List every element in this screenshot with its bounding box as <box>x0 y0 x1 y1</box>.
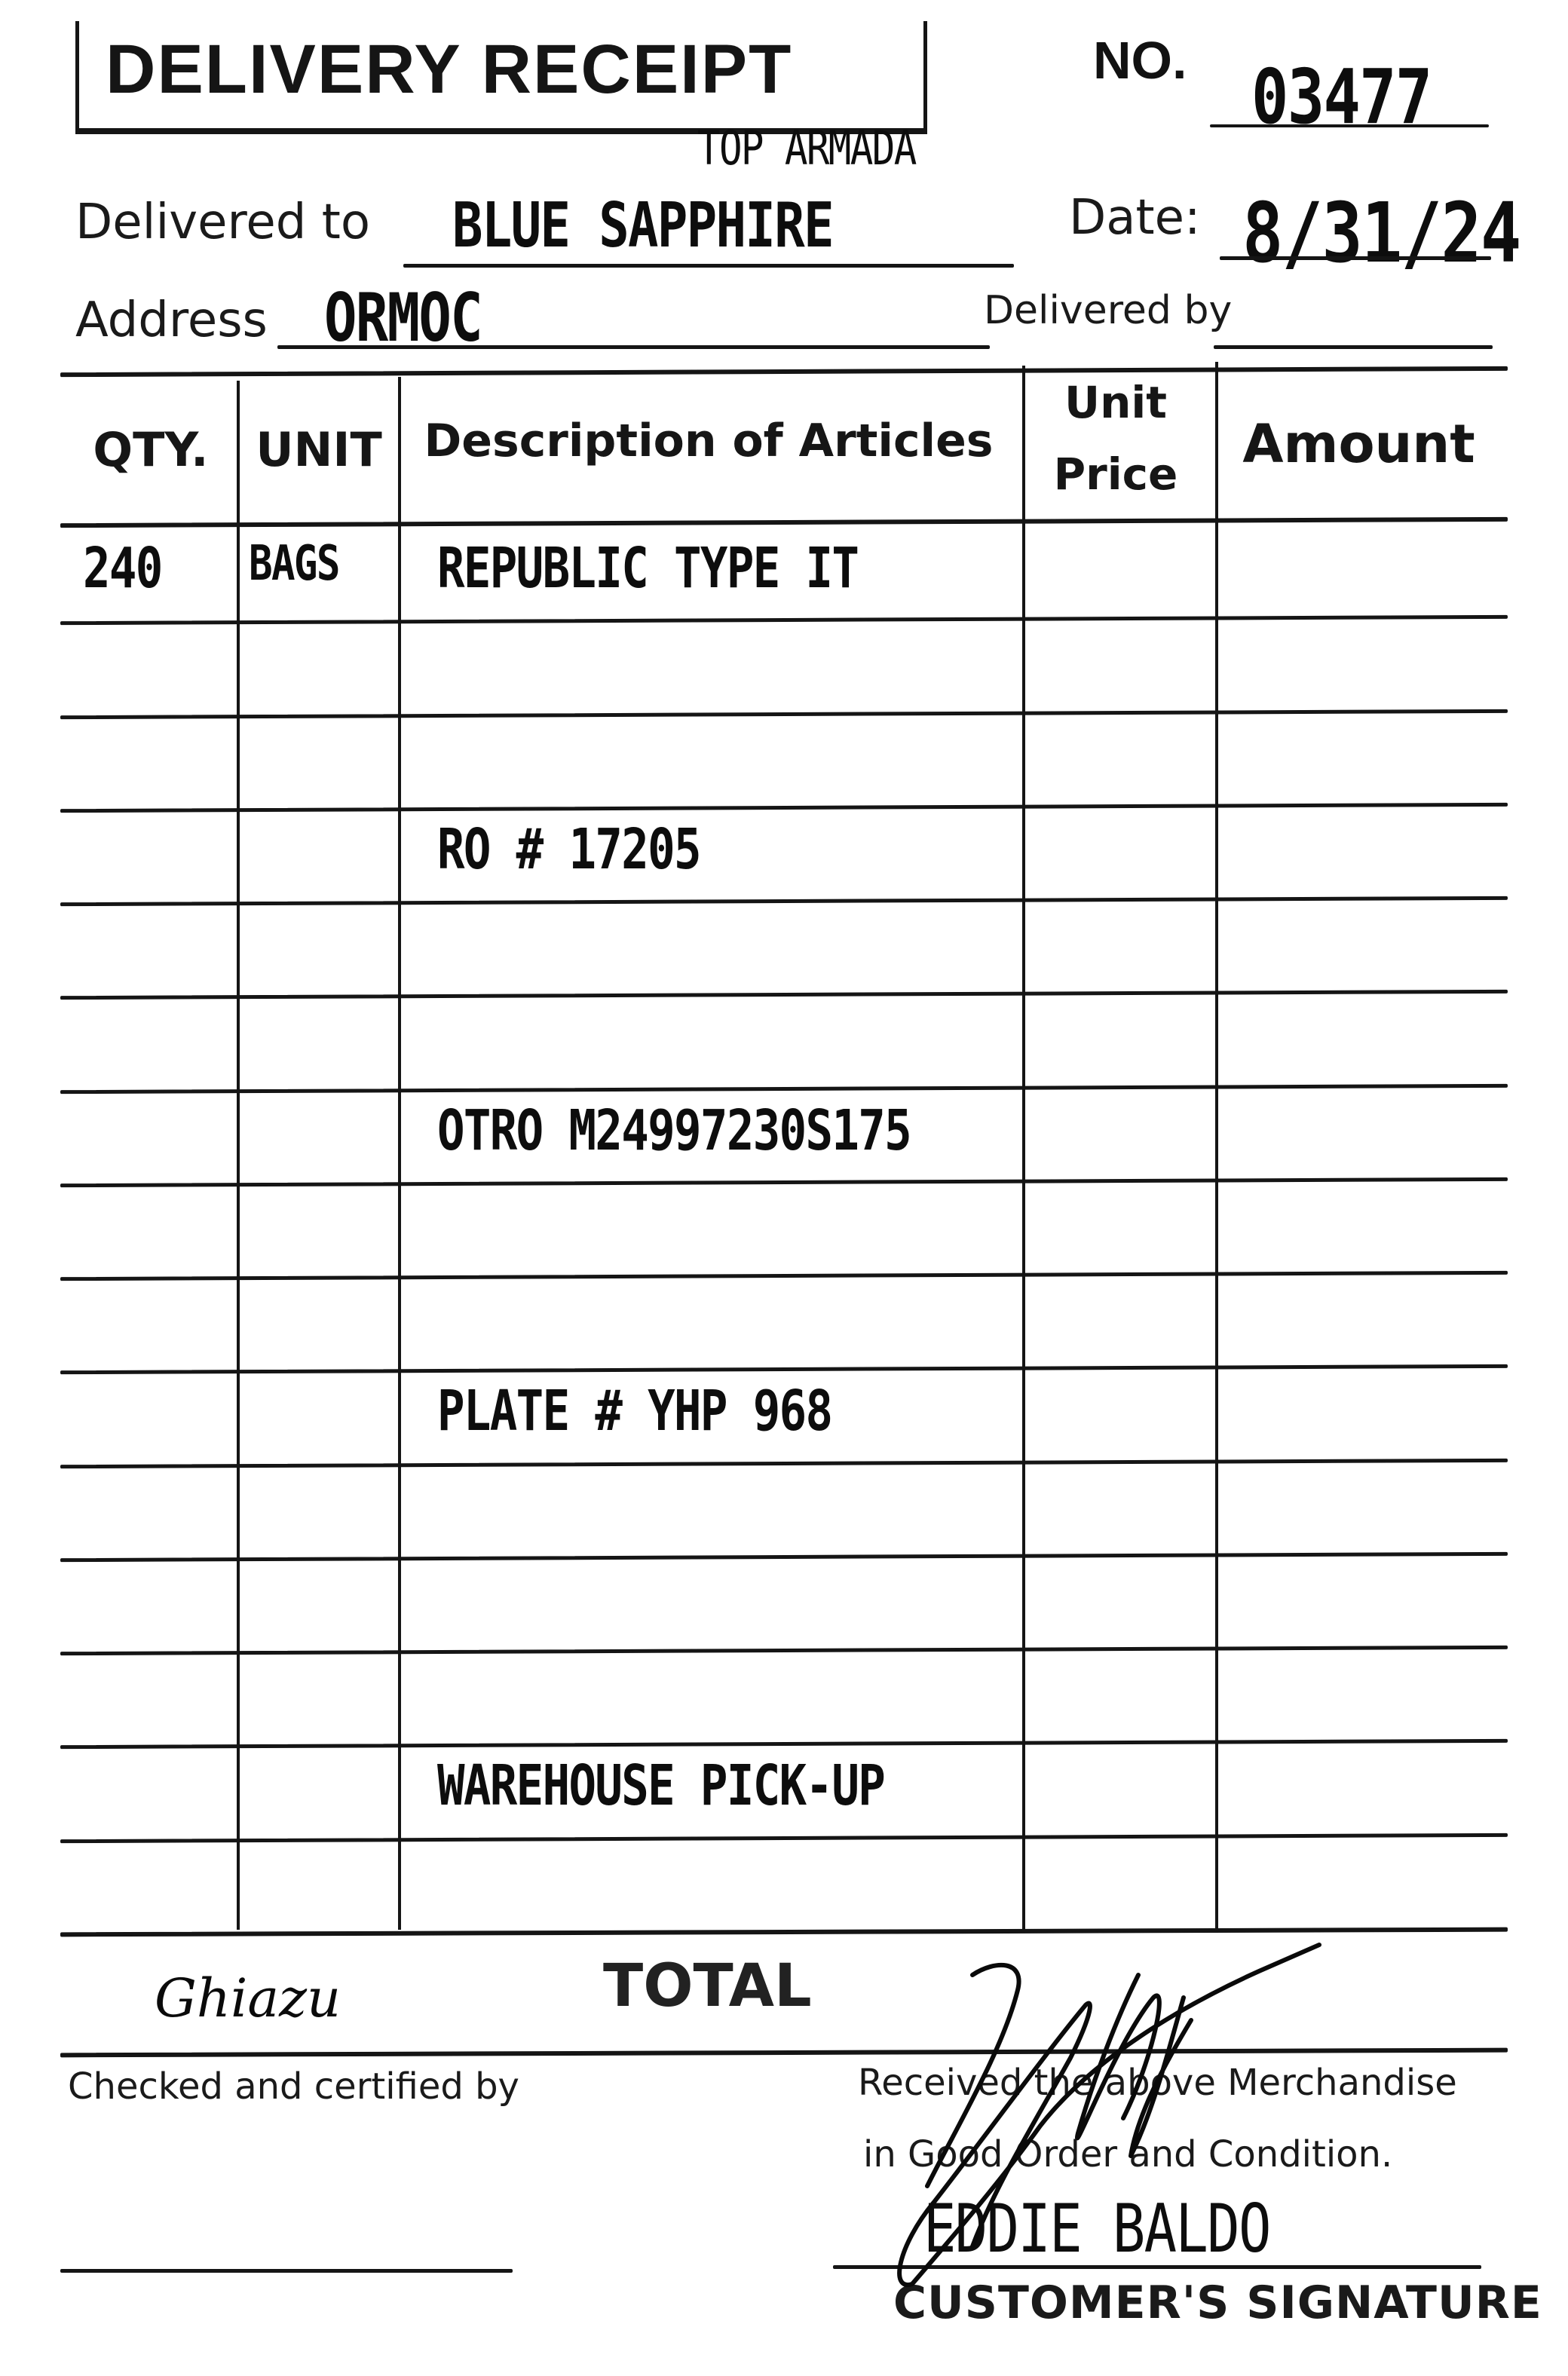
col-header-qty: QTY. <box>75 422 226 477</box>
row-line <box>60 1084 1508 1094</box>
receipt-number-value: 03477 <box>1251 53 1432 141</box>
col-divider-price-amount <box>1215 362 1218 1930</box>
col-header-description: Description of Articles <box>407 415 1010 467</box>
document-title: DELIVERY RECEIPT <box>106 30 792 109</box>
col-divider-qty-unit <box>237 381 240 1930</box>
delivered-by-line <box>1214 345 1493 349</box>
cell-description: WAREHOUSE PICK-UP <box>437 1753 884 1818</box>
date-line <box>1220 256 1491 260</box>
col-header-amount: Amount <box>1217 413 1500 475</box>
delivered-to-label: Delivered to <box>75 194 370 250</box>
delivered-to-value: BLUE SAPPHIRE <box>452 190 833 262</box>
table-top-line <box>60 366 1508 377</box>
row-line <box>60 803 1508 813</box>
col-header-unit: UNIT <box>240 422 398 477</box>
row-line <box>60 1271 1508 1281</box>
row-line <box>60 1739 1508 1749</box>
row-line <box>60 615 1508 625</box>
cell-description: PLATE # YHP 968 <box>437 1379 831 1444</box>
carrier-note: TOP ARMADA <box>697 121 916 176</box>
address-label: Address <box>75 292 268 348</box>
row-line <box>60 1459 1508 1468</box>
cell-qty: 240 <box>83 536 162 601</box>
row-line <box>60 1177 1508 1187</box>
table-header-line <box>60 517 1508 528</box>
cell-description: OTRO M24997230S175 <box>437 1098 911 1163</box>
row-line <box>60 990 1508 1000</box>
checked-certified-label: Checked and certified by <box>68 2065 519 2108</box>
row-line <box>60 896 1508 906</box>
receipt-number-line <box>1210 124 1489 127</box>
col-divider-unit-desc <box>398 377 401 1930</box>
cell-description: REPUBLIC TYPE IT <box>437 536 858 601</box>
col-divider-desc-price <box>1022 366 1025 1930</box>
customer-signature-scribble <box>867 1930 1357 2307</box>
delivered-by-label: Delivered by <box>984 288 1232 333</box>
row-line <box>60 1833 1508 1843</box>
date-label: Date: <box>1069 190 1201 246</box>
checker-signature-line <box>60 2269 513 2273</box>
cell-unit: BAGS <box>249 536 339 592</box>
delivered-to-line <box>403 264 1014 268</box>
col-header-unit-price-line2: Price <box>1025 449 1206 500</box>
row-line <box>60 1364 1508 1374</box>
cell-description: RO # 17205 <box>437 817 700 882</box>
checker-signature: Ghiazu <box>155 1967 341 2029</box>
col-header-unit-price-line1: Unit <box>1025 377 1206 428</box>
row-line <box>60 709 1508 719</box>
row-line <box>60 1646 1508 1655</box>
address-line <box>277 345 990 349</box>
date-value: 8/31/24 <box>1242 185 1521 281</box>
total-label: TOTAL <box>603 1952 812 2020</box>
row-line <box>60 1552 1508 1562</box>
receipt-number-label: NO. <box>1093 30 1187 90</box>
